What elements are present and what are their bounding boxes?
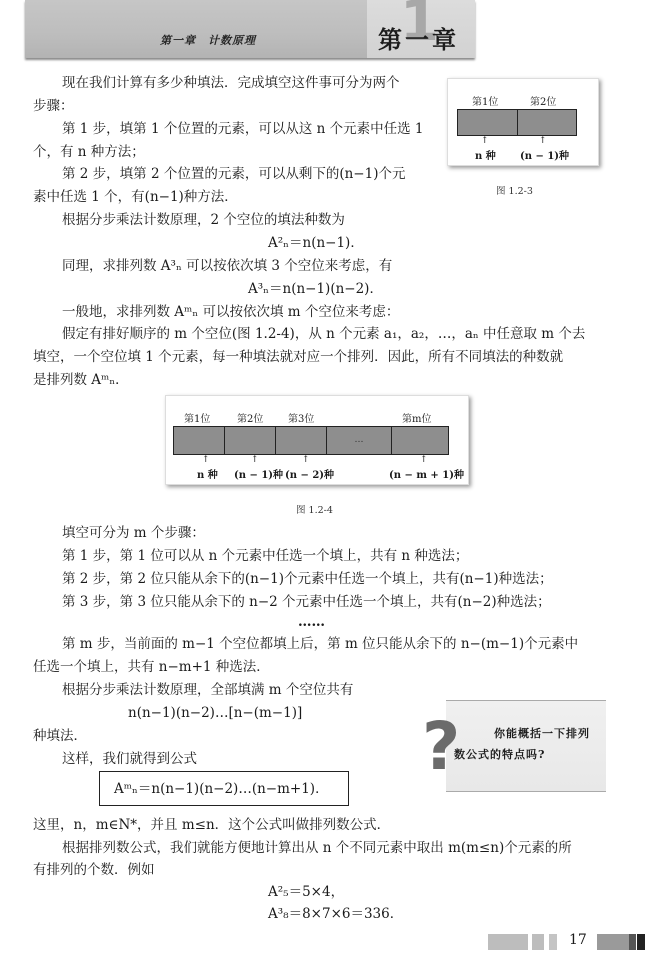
count-label: (n − 1)种 [520, 147, 569, 162]
figure-caption: 图 1.2-4 [296, 502, 333, 516]
equation: A³ₙ＝n(n−1)(n−2)． [248, 281, 383, 297]
slot-label: 第3位 [288, 410, 314, 425]
count-label: n 种 [475, 147, 496, 162]
footer-bar [532, 934, 544, 950]
equation: A²ₙ＝n(n−1)． [268, 235, 364, 251]
paragraph-line: 素中任选 1 个，有(n−1)种方法． [33, 189, 238, 205]
slot-cell [275, 426, 327, 455]
slot-cell [391, 426, 449, 455]
paragraph-line: 填空可分为 m 个步骤： [62, 525, 205, 541]
equation: n(n−1)(n−2)…[n−(m−1)] [128, 705, 302, 721]
paragraph-line: 假定有排好顺序的 m 个空位(图 1.2-4)，从 n 个元素 a₁，a₂，…，… [62, 326, 585, 342]
footer-bar [637, 934, 645, 950]
footer-bar [549, 934, 557, 950]
think-box: 你能概括一下排列 数公式的特点吗? [446, 700, 606, 792]
formula-box: Aᵐₙ＝n(n−1)(n−2)…(n−m+1)． [99, 771, 349, 806]
paragraph-line: 种填法． [33, 728, 87, 744]
paragraph-line: 是排列数 Aᵐₙ． [33, 372, 129, 388]
paragraph-line: 根据分步乘法计数原理，全部填满 m 个空位共有 [62, 682, 353, 698]
example-equation: A³₈＝8×7×6＝336． [268, 906, 403, 922]
slot-label: 第m位 [402, 410, 431, 425]
chapter-label: 第一章 [378, 20, 459, 55]
arrow-up-icon: ↑ [202, 456, 210, 465]
slot-label: 第1位 [184, 410, 210, 425]
figure-1-2-3: 第1位 第2位 ↑ ↑ n 种 (n − 1)种 [447, 78, 599, 166]
arrow-up-icon: ↑ [539, 137, 547, 146]
count-label: n 种 [197, 466, 218, 481]
example-equation: A²₅＝5×4， [268, 884, 344, 900]
paragraph-line: 第 1 步，填第 1 个位置的元素，可以从这 n 个元素中任选 1 [62, 121, 424, 137]
arrow-up-icon: ↑ [251, 456, 259, 465]
slot-cell [173, 426, 225, 455]
paragraph-line: 这样，我们就得到公式 [62, 751, 197, 767]
footer-bar [597, 934, 629, 950]
count-label: (n − m + 1)种 [389, 466, 464, 481]
slot-cell [224, 426, 276, 455]
step-line: 任选一个填上，共有 n−m+1 种选法． [33, 659, 270, 675]
arrow-up-icon: ↑ [481, 137, 489, 146]
slot-label: 第2位 [237, 410, 263, 425]
think-line: 你能概括一下排列 [494, 726, 590, 742]
slot-cell-ellipsis: … [326, 426, 392, 455]
step-line: 第 2 步，第 2 位只能从余下的(n−1)个元素中任选一个填上，共有(n−1)… [62, 571, 553, 587]
footer-bar [488, 934, 528, 950]
slot-label: 第2位 [530, 93, 556, 108]
footer-bar [629, 934, 636, 950]
paragraph-line: 同理，求排列数 A³ₙ 可以按依次填 3 个空位来考虑，有 [62, 258, 392, 274]
boxed-formula: Aᵐₙ＝n(n−1)(n−2)…(n−m+1)． [114, 781, 329, 797]
step-line: 第 m 步，当前面的 m−1 个空位都填上后，第 m 位只能从余下的 n−(m−… [62, 636, 578, 652]
think-line: 数公式的特点吗? [454, 747, 545, 763]
paragraph-line: 根据分步乘法计数原理，2 个空位的填法种数为 [62, 212, 345, 228]
paragraph-line: 填空，一个空位填 1 个元素，每一种填法就对应一个排列．因此，所有不同填法的种数… [33, 349, 563, 365]
arrow-up-icon: ↑ [302, 456, 310, 465]
slot-cell [517, 109, 577, 136]
paragraph-line: 个，有 n 种方法； [33, 144, 145, 160]
question-mark-icon: ? [422, 714, 460, 780]
paragraph-line: 有排列的个数．例如 [33, 862, 155, 878]
count-label: (n − 2)种 [285, 466, 334, 481]
arrow-up-icon: ↑ [420, 456, 428, 465]
figure-caption: 图 1.2-3 [496, 183, 533, 197]
slot-cell [457, 109, 518, 136]
ellipsis: …… [298, 614, 325, 630]
slot-label: 第1位 [472, 93, 498, 108]
paragraph-line: 根据排列数公式，我们就能方便地计算出从 n 个不同元素中取出 m(m≤n)个元素… [62, 840, 572, 856]
step-line: 第 3 步，第 3 位只能从余下的 n−2 个元素中任选一个填上，共有(n−2)… [62, 594, 551, 610]
paragraph-line: 第 2 步，填第 2 个位置的元素，可以从剩下的(n−1)个元 [62, 166, 405, 182]
running-title: 第一章 计数原理 [160, 32, 256, 48]
figure-1-2-4: 第1位 第2位 第3位 第m位 … ↑ ↑ ↑ ↑ n 种 (n − 1)种 (… [165, 395, 469, 485]
page-number: 17 [569, 932, 587, 948]
paragraph-line: 一般地，求排列数 Aᵐₙ 可以按依次填 m 个空位来考虑： [62, 304, 399, 320]
step-line: 第 1 步，第 1 位可以从 n 个元素中任选一个填上，共有 n 种选法； [62, 548, 468, 564]
count-label: (n − 1)种 [234, 466, 283, 481]
paragraph-line: 步骤： [33, 98, 74, 114]
paragraph-line: 现在我们计算有多少种填法．完成填空这件事可分为两个 [62, 75, 400, 91]
paragraph-line: 这里，n，m∈N*，并且 m≤n．这个公式叫做排列数公式． [33, 817, 390, 833]
